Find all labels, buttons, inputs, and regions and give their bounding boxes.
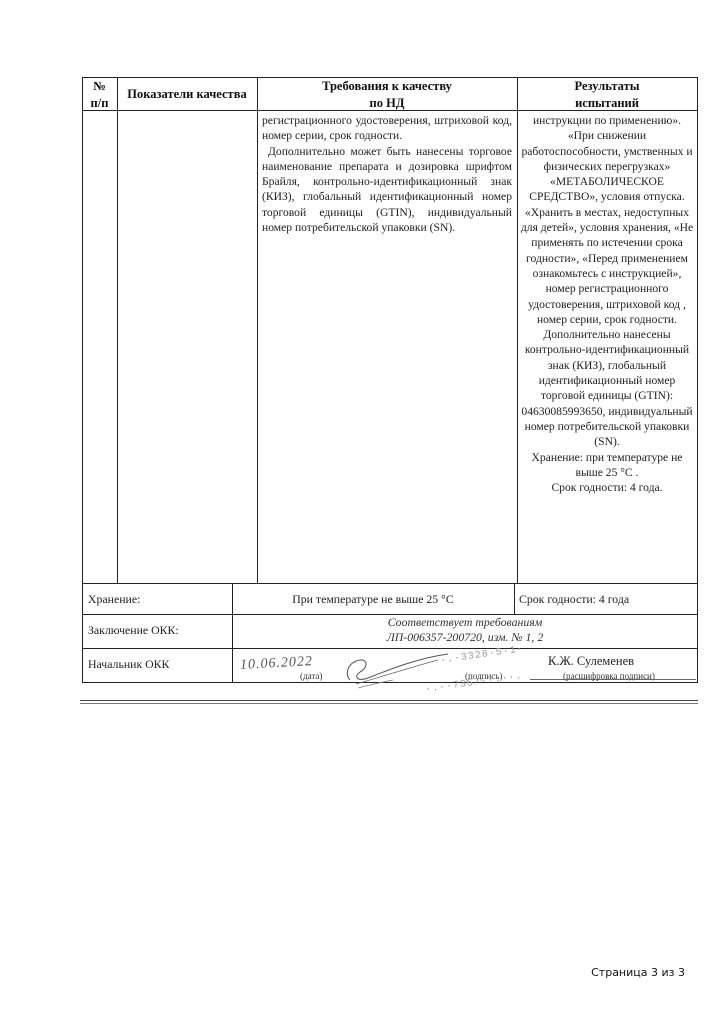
header-results-line2: испытаний xyxy=(517,95,697,112)
header-num-line1: № xyxy=(82,78,117,95)
col-divider-1 xyxy=(117,77,118,583)
header-results: Результаты испытаний xyxy=(517,78,697,112)
storage-col-divider xyxy=(514,583,515,614)
header-num-line2: п/п xyxy=(82,95,117,112)
requirements-cell: регистрационного удостоверения, штрихово… xyxy=(262,113,512,235)
head-label: Начальник ОКК xyxy=(88,657,169,672)
col-divider-2 xyxy=(257,77,258,583)
table-border-right xyxy=(697,77,698,682)
header-num: № п/п xyxy=(82,78,117,112)
signature-caption: (подпись) xyxy=(465,669,502,684)
header-results-line1: Результаты xyxy=(517,78,697,95)
head-name: К.Ж. Сулеменев xyxy=(548,654,634,669)
col-divider-3 xyxy=(517,77,518,583)
page-number: Страница 3 из 3 xyxy=(591,966,685,979)
results-paragraph: Дополнительно нанесены контрольно-иденти… xyxy=(519,327,695,449)
date-caption: (дата) xyxy=(300,669,322,684)
results-paragraph: Срок годности: 4 года. xyxy=(519,480,695,495)
body-bottom-divider xyxy=(82,583,698,584)
conclusion-label: Заключение ОКК: xyxy=(88,623,179,638)
conclusion-bottom-divider xyxy=(82,648,698,649)
storage-label: Хранение: xyxy=(88,592,140,607)
storage-result: Срок годности: 4 года xyxy=(519,592,629,607)
conclusion-line1: Соответствует требованиям xyxy=(232,615,698,630)
requirements-paragraph: регистрационного удостоверения, штрихово… xyxy=(262,113,512,144)
header-indicator: Показатели качества xyxy=(117,86,257,103)
requirements-paragraph: Дополнительно может быть нанесены торгов… xyxy=(262,144,512,236)
results-cell: инструкции по применению». «При снижении… xyxy=(519,113,695,495)
results-paragraph: инструкции по применению». «При снижении… xyxy=(519,113,695,327)
header-requirements: Требования к качеству по НД xyxy=(257,78,517,112)
table-border-left xyxy=(82,77,83,682)
name-caption: (расшифровка подписи) xyxy=(563,669,655,684)
header-requirements-line1: Требования к качеству xyxy=(257,78,517,95)
header-requirements-line2: по НД xyxy=(257,95,517,112)
page-rule-top xyxy=(80,700,698,701)
name-caption-underline xyxy=(530,679,696,680)
results-paragraph: Хранение: при температуре не выше 25 °С … xyxy=(519,450,695,481)
storage-requirement: При температуре не выше 25 °С xyxy=(232,592,514,607)
conclusion-line2: ЛП-006357-200720, изм. № 1, 2 xyxy=(232,630,698,645)
page-rule-bottom xyxy=(80,703,698,704)
